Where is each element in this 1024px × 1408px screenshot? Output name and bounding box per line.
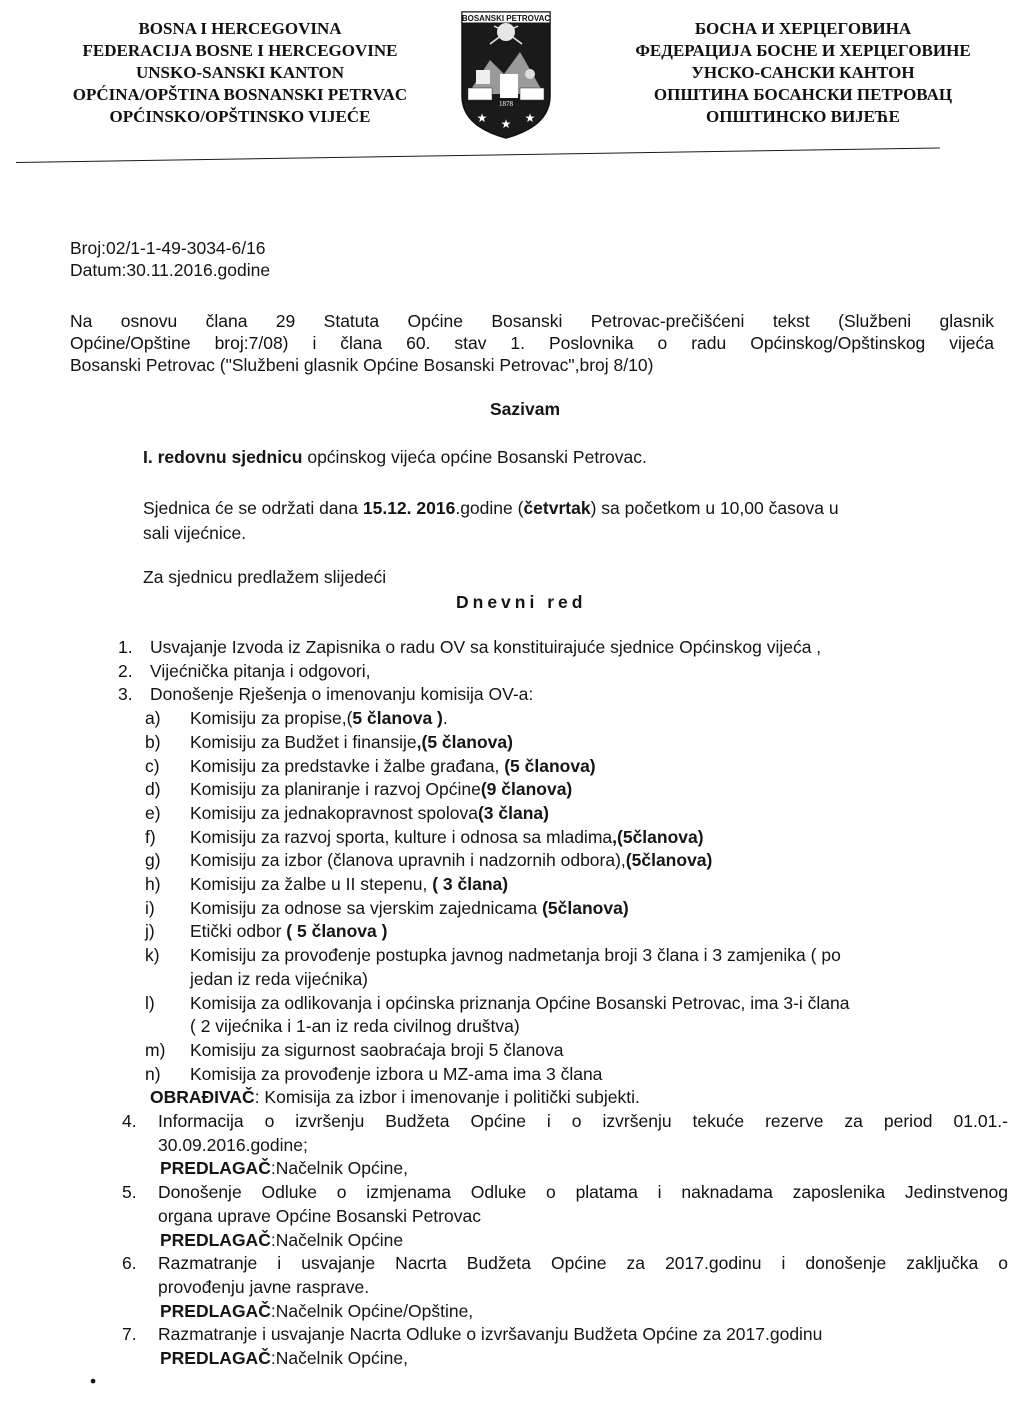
subitem-text: Komisiju za provođenje postupka javnog n…: [190, 944, 841, 966]
agenda-item-text: Razmatranje i usvajanje Nacrta Odluke o …: [158, 1323, 822, 1345]
text: Komisiju za razvoj sporta, kulture i odn…: [190, 827, 612, 847]
proposal-intro: Za sjednicu predlažem slijedeći: [143, 566, 386, 588]
subitem-letter: n): [145, 1063, 161, 1085]
subitem-text: Komisiju za sigurnost saobraćaja broji 5…: [190, 1039, 564, 1061]
emphasis: (9 članova): [481, 779, 572, 799]
preamble-line: Na osnovu člana 29 Statuta Općine Bosans…: [70, 310, 994, 332]
text: Etički odbor: [190, 921, 286, 941]
subitem-letter: a): [145, 707, 161, 729]
subitem-text: Komisiju za jednakopravnost spolova(3 čl…: [190, 802, 549, 824]
coat-of-arms-icon: BOSANSKI PETROVAC 1878 ★★★: [460, 8, 552, 140]
schedule-line: Sjednica će se održati dana 15.12. 2016.…: [143, 497, 839, 519]
subitem-text: Komisiju za propise,(5 članova ).: [190, 707, 448, 729]
preamble-line: Bosanski Petrovac ("Službeni glasnik Opć…: [70, 354, 653, 376]
agenda-responsible: OBRAĐIVAČ: Komisija za izbor i imenovanj…: [150, 1086, 640, 1108]
header-line: FEDERACIJA BOSNE I HERCEGOVINE: [40, 40, 440, 62]
emphasis: PREDLAGAČ: [160, 1230, 271, 1250]
subitem-letter: c): [145, 755, 160, 777]
text: : Komisija za izbor i imenovanje i polit…: [255, 1087, 640, 1107]
agenda-proposer: PREDLAGAČ:Načelnik Općine,: [160, 1347, 408, 1369]
svg-text:★: ★: [501, 117, 512, 131]
subitem-text: Komisija za provođenje izbora u MZ-ama i…: [190, 1063, 602, 1085]
agenda-item-text: Usvajanje Izvoda iz Zapisnika o radu OV …: [150, 636, 821, 658]
subitem-letter: b): [145, 731, 161, 753]
agenda-item-text: Informacija o izvršenju Budžeta Općine i…: [158, 1110, 1008, 1132]
document-title: Sazivam: [490, 398, 560, 420]
subitem-letter: g): [145, 849, 161, 871]
subitem-letter: l): [145, 992, 155, 1014]
subitem-letter: f): [145, 826, 156, 848]
emphasis: OBRAĐIVAČ: [150, 1087, 255, 1107]
agenda-item-text-cont: provođenju javne rasprave.: [158, 1276, 369, 1298]
agenda-item-number: 3.: [118, 683, 133, 705]
agenda-item-text-cont: organa uprave Općine Bosanski Petrovac: [158, 1205, 481, 1227]
svg-text:BOSANSKI PETROVAC: BOSANSKI PETROVAC: [462, 14, 551, 23]
agenda-item-text: Donošenje Rješenja o imenovanju komisija…: [150, 683, 533, 705]
agenda-item-number: 2.: [118, 660, 133, 682]
text: .: [443, 708, 448, 728]
schedule-text: Sjednica će se održati dana: [143, 498, 363, 518]
agenda-title: Dnevni red: [456, 591, 586, 613]
header-line: ОПШТИНСКО ВИЈЕЋЕ: [598, 106, 1008, 128]
header-divider: [16, 147, 940, 163]
text: :Načelnik Općine/Opštine,: [271, 1301, 473, 1321]
header-line: OPĆINA/OPŠTINA BOSNANSKI PETRVAC: [40, 84, 440, 106]
session-name: I. redovnu sjednicu: [143, 447, 302, 467]
margin-mark: •: [90, 1370, 96, 1392]
text: Komisiju za planiranje i razvoj Općine: [190, 779, 481, 799]
agenda-item-text: Donošenje Odluke o izmjenama Odluke o pl…: [158, 1181, 1008, 1203]
agenda-item-number: 6.: [122, 1252, 137, 1274]
subitem-text: Komisiju za planiranje i razvoj Općine(9…: [190, 778, 572, 800]
emphasis: ,(5članova): [612, 827, 703, 847]
header-line: UNSKO-SANSKI KANTON: [40, 62, 440, 84]
header-line: OPĆINSKO/OPŠTINSKO VIJEĆE: [40, 106, 440, 128]
header-latin: BOSNA I HERCEGOVINA FEDERACIJA BOSNE I H…: [40, 18, 440, 128]
svg-text:1878: 1878: [499, 100, 514, 108]
subitem-letter: d): [145, 778, 161, 800]
emphasis: (5 članova): [504, 756, 595, 776]
text: :Načelnik Općine: [271, 1230, 403, 1250]
text: Komisiju za izbor (članova upravnih i na…: [190, 850, 626, 870]
agenda-item-number: 1.: [118, 636, 133, 658]
subitem-text-cont: ( 2 vijećnika i 1-an iz reda civilnog dr…: [190, 1015, 520, 1037]
text: :Načelnik Općine,: [271, 1348, 408, 1368]
header-line: ФЕДЕРАЦИЈА БОСНЕ И ХЕРЦЕГОВИНЕ: [598, 40, 1008, 62]
emphasis: (5članova): [626, 850, 713, 870]
agenda-item-text-cont: 30.09.2016.godine;: [158, 1134, 308, 1156]
agenda-item-number: 5.: [122, 1181, 137, 1203]
agenda-proposer: PREDLAGAČ:Načelnik Općine: [160, 1229, 403, 1251]
text: Komisiju za Budžet i finansije: [190, 732, 417, 752]
schedule-text: ) sa početkom u 10,00 časova u: [591, 498, 839, 518]
subitem-letter: h): [145, 873, 161, 895]
preamble-line: Općine/Opštine broj:7/08) i člana 60. st…: [70, 332, 994, 354]
emphasis: PREDLAGAČ: [160, 1348, 271, 1368]
header-line: УНСКО-САНСКИ КАНТОН: [598, 62, 1008, 84]
schedule-text: .godine (: [455, 498, 523, 518]
header-line: БОСНА И ХЕРЦЕГОВИНА: [598, 18, 1008, 40]
emphasis: ( 3 člana): [432, 874, 508, 894]
text: Komisiju za odnose sa vjerskim zajednica…: [190, 898, 542, 918]
text: Komisiju za žalbe u II stepenu,: [190, 874, 432, 894]
session-desc: općinskog vijeća općine Bosanski Petrova…: [302, 447, 646, 467]
subitem-letter: e): [145, 802, 161, 824]
text: Komisiju za propise,(: [190, 708, 352, 728]
header-line: BOSNA I HERCEGOVINA: [40, 18, 440, 40]
subitem-text: Komisiju za Budžet i finansije,(5 članov…: [190, 731, 513, 753]
emphasis: 5 članova ): [352, 708, 442, 728]
subitem-text: Komisija za odlikovanja i općinska prizn…: [190, 992, 850, 1014]
subitem-text: Komisiju za izbor (članova upravnih i na…: [190, 849, 712, 871]
svg-text:★: ★: [477, 111, 488, 125]
agenda-item-number: 7.: [122, 1323, 137, 1345]
emphasis: PREDLAGAČ: [160, 1301, 271, 1321]
subitem-letter: m): [145, 1039, 165, 1061]
subitem-text: Komisiju za odnose sa vjerskim zajednica…: [190, 897, 629, 919]
emphasis: ,(5 članova): [417, 732, 513, 752]
agenda-item-text: Vijećnička pitanja i odgovori,: [150, 660, 371, 682]
agenda-item-number: 4.: [122, 1110, 137, 1132]
schedule-location: sali vijećnice.: [143, 522, 246, 544]
subitem-text: Etički odbor ( 5 članova ): [190, 920, 387, 942]
emphasis: ( 5 članova ): [286, 921, 387, 941]
subitem-text-cont: jedan iz reda vijećnika): [190, 968, 368, 990]
subitem-text: Komisiju za predstavke i žalbe građana, …: [190, 755, 596, 777]
session-line: I. redovnu sjednicu općinskog vijeća opć…: [143, 446, 647, 468]
agenda-item-text: Razmatranje i usvajanje Nacrta Budžeta O…: [158, 1252, 1008, 1274]
agenda-proposer: PREDLAGAČ:Načelnik Općine,: [160, 1157, 408, 1179]
emphasis: (3 člana): [478, 803, 549, 823]
text: Komisiju za jednakopravnost spolova: [190, 803, 478, 823]
header-line: ОПШТИНА БОСАНСКИ ПЕТРОВАЦ: [598, 84, 1008, 106]
subitem-letter: i): [145, 897, 155, 919]
subitem-letter: k): [145, 944, 160, 966]
header-cyrillic: БОСНА И ХЕРЦЕГОВИНА ФЕДЕРАЦИЈА БОСНЕ И Х…: [598, 18, 1008, 128]
text: Komisiju za predstavke i žalbe građana,: [190, 756, 504, 776]
emphasis: (5članova): [542, 898, 629, 918]
document-date: Datum:30.11.2016.godine: [70, 259, 270, 281]
text: :Načelnik Općine,: [271, 1158, 408, 1178]
svg-text:★: ★: [525, 111, 536, 125]
agenda-proposer: PREDLAGAČ:Načelnik Općine/Opštine,: [160, 1300, 473, 1322]
reference-number: Broj:02/1-1-49-3034-6/16: [70, 237, 266, 259]
session-weekday: četvrtak: [523, 498, 590, 518]
emphasis: PREDLAGAČ: [160, 1158, 271, 1178]
subitem-text: Komisiju za žalbe u II stepenu, ( 3 član…: [190, 873, 508, 895]
session-date: 15.12. 2016: [363, 498, 455, 518]
subitem-text: Komisiju za razvoj sporta, kulture i odn…: [190, 826, 704, 848]
subitem-letter: j): [145, 920, 155, 942]
